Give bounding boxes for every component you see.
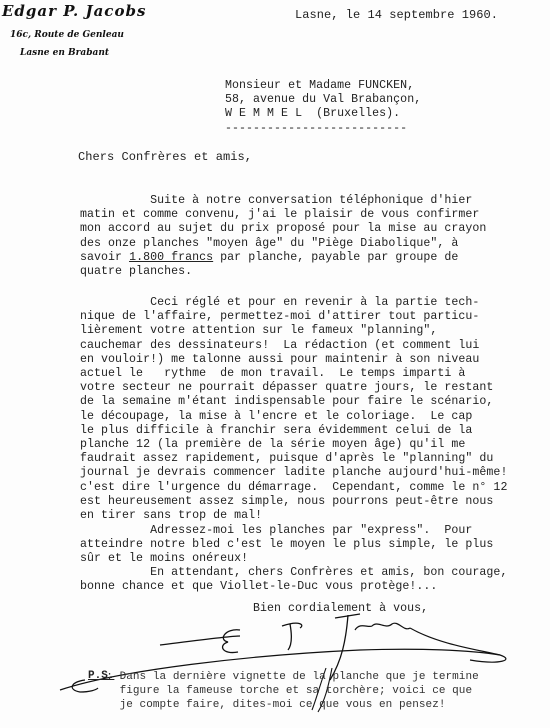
text-line: le plus difficile à franchir sera évidem… xyxy=(80,424,472,437)
text-line: des onze planches "moyen âge" du "Piège … xyxy=(80,237,458,250)
text-line: je compte faire, dites-moi ce que vous e… xyxy=(93,699,446,711)
text-line: mon accord au sujet du prix proposé pour… xyxy=(80,222,486,235)
text-line: faudrait assez rapidement, puisque d'apr… xyxy=(80,452,493,465)
text-line: le découpage, la mise à l'encre et le co… xyxy=(80,410,472,423)
recipient-address: Monsieur et Madame FUNCKEN, 58, avenue d… xyxy=(225,79,421,136)
closing-line: Bien cordialement à vous, xyxy=(253,602,428,616)
paragraph-1: Suite à notre conversation téléphonique … xyxy=(80,194,486,279)
salutation: Chers Confrères et amis, xyxy=(78,150,252,164)
text-line: c'est dire l'urgence du démarrage. Cepen… xyxy=(80,481,507,494)
text-line: figure la fameuse torche et sa torchère;… xyxy=(93,685,472,697)
text-line: bonne chance et que Viollet-le-Duc vous … xyxy=(80,580,437,593)
letterhead-name: Edgar P. Jacobs xyxy=(2,2,146,20)
text-line: : Dans la dernière vignette de la planch… xyxy=(93,671,479,683)
text-line: quatre planches. xyxy=(80,265,192,278)
letterhead-town: Lasne en Brabant xyxy=(20,48,109,58)
date-line: Lasne, le 14 septembre 1960. xyxy=(295,8,498,22)
postscript: : Dans la dernière vignette de la planch… xyxy=(93,670,479,712)
recipient-rule: -------------------------- xyxy=(225,122,407,135)
text-fragment: savoir xyxy=(80,251,129,264)
text-line: sûr et le moins onéreux! xyxy=(80,552,248,565)
paragraph-2: Ceci réglé et pour en revenir à la parti… xyxy=(80,296,507,523)
text-line: nique de l'affaire, permettez-moi d'atti… xyxy=(80,310,479,323)
recipient-line-3: W E M M E L (Bruxelles). xyxy=(225,107,400,120)
text-line: planche 12 (la première de la série moye… xyxy=(80,438,465,451)
text-line: Adressez-moi les planches par "express".… xyxy=(80,524,472,537)
recipient-line-1: Monsieur et Madame FUNCKEN, xyxy=(225,79,414,92)
text-line: Ceci réglé et pour en revenir à la parti… xyxy=(80,296,479,309)
text-line: de la semaine m'étant indispensable pour… xyxy=(80,395,493,408)
text-line: est heureusement assez simple, nous pour… xyxy=(80,495,493,508)
text-line: En attendant, chers Confrères et amis, b… xyxy=(80,566,507,579)
paragraph-3: Adressez-moi les planches par "express".… xyxy=(80,524,493,567)
text-line: matin et comme convenu, j'ai le plaisir … xyxy=(80,208,479,221)
text-line: lièrement votre attention sur le fameux … xyxy=(80,324,437,337)
text-line: en tirer sans trop de mal! xyxy=(80,509,262,522)
recipient-line-2: 58, avenue du Val Brabançon, xyxy=(225,93,421,106)
text-fragment: par planche, payable par groupe de xyxy=(213,251,458,264)
letterhead-street: 16c, Route de Genleau xyxy=(10,30,124,40)
text-line: votre secteur ne pourrait dépasser quatr… xyxy=(80,381,493,394)
paragraph-4: En attendant, chers Confrères et amis, b… xyxy=(80,566,507,594)
price-amount: 1.800 francs xyxy=(129,251,213,264)
text-line: cauchemar des dessinateurs! La rédaction… xyxy=(80,339,479,352)
text-line: atteindre notre bled c'est le moyen le p… xyxy=(80,538,493,551)
text-line: Suite à notre conversation téléphonique … xyxy=(80,194,472,207)
letter-page: Edgar P. Jacobs 16c, Route de Genleau La… xyxy=(0,0,550,728)
text-line: en vouloir!) me talonne aussi pour maint… xyxy=(80,353,479,366)
text-line: actuel le rythme de mon travail. Le temp… xyxy=(80,367,465,380)
text-line: journal je devrais commencer ladite plan… xyxy=(80,466,507,479)
